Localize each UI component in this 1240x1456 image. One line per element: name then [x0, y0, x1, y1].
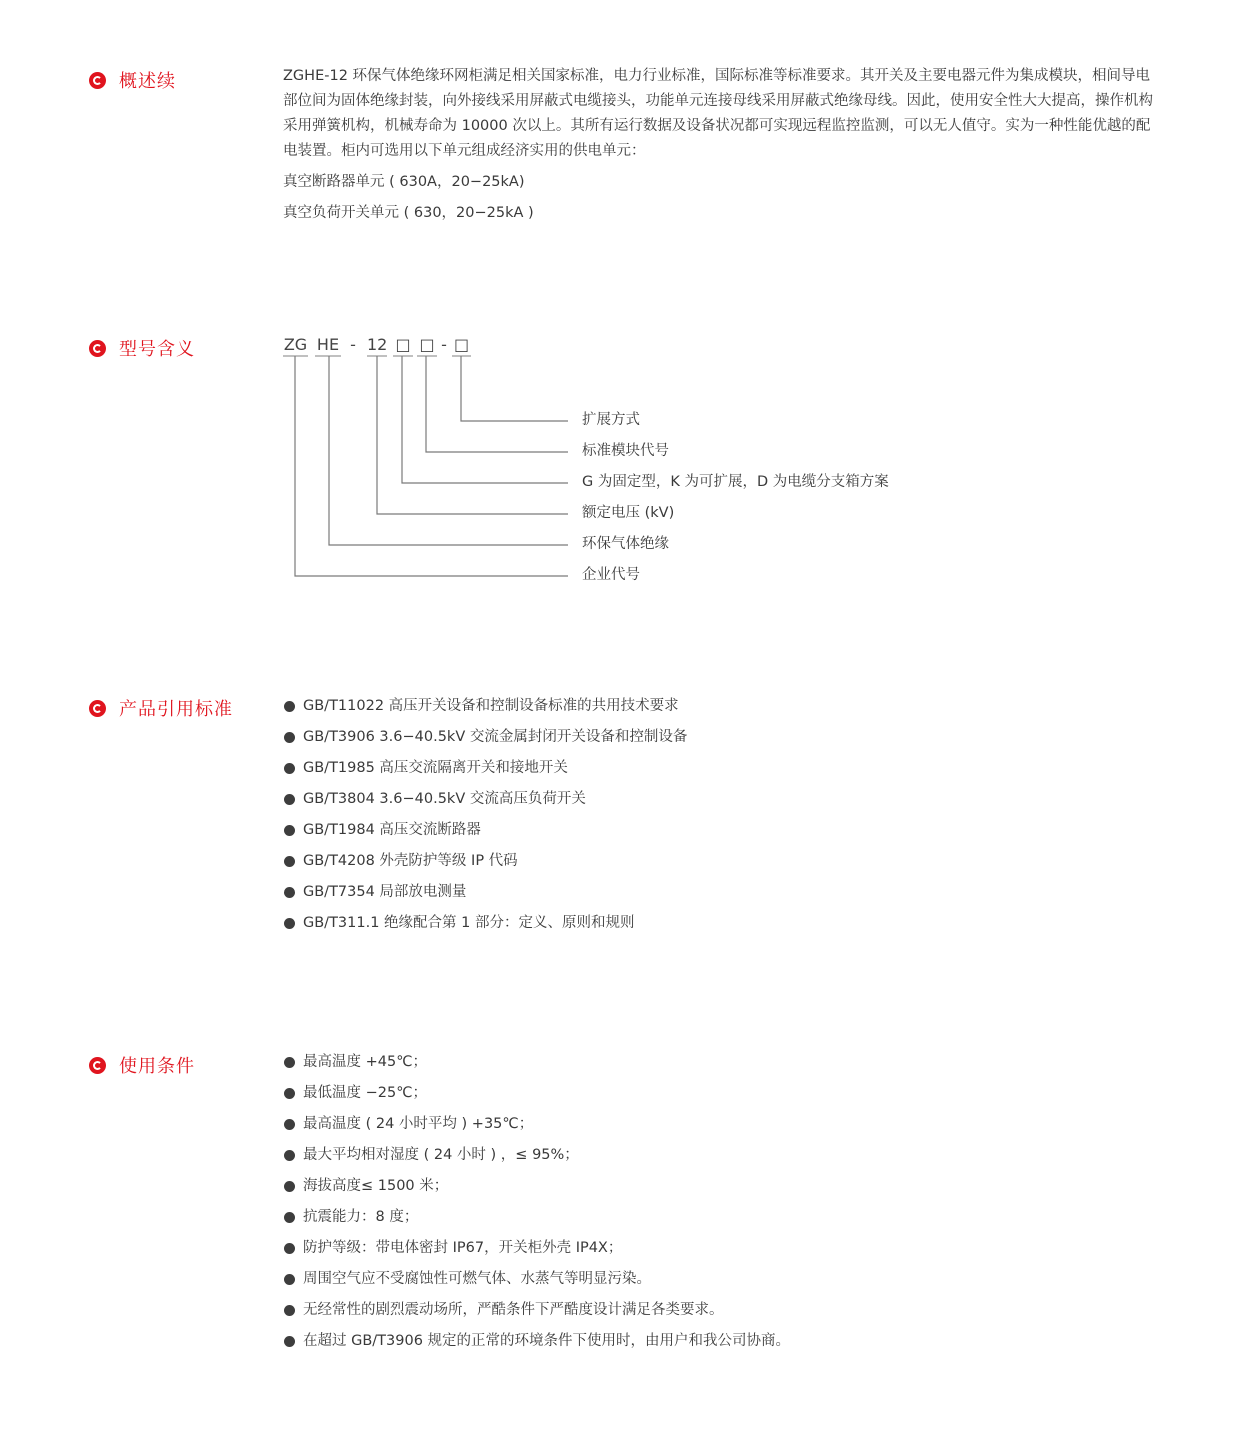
section-title: 概述续 — [119, 67, 176, 93]
list-item-text: 无经常性的剧烈震动场所，严酷条件下严酷度设计满足各类要求。 — [303, 1300, 724, 1320]
section-heading-conditions: 使用条件 — [89, 1052, 195, 1078]
list-item: 海拔高度≤ 1500 米； — [283, 1176, 790, 1207]
bullet-icon — [284, 763, 295, 774]
section-heading-standards: 产品引用标准 — [89, 695, 233, 721]
list-item: 在超过 GB/T3906 规定的正常的环境条件下使用时，由用户和我公司协商。 — [283, 1331, 790, 1362]
unit-item: 真空负荷开关单元 ( 630，20−25kA ) — [283, 203, 534, 223]
bullet-icon — [284, 701, 295, 712]
list-item: GB/T7354 局部放电测量 — [283, 882, 687, 913]
list-item-text: 最高温度 ( 24 小时平均 ) +35℃； — [303, 1114, 533, 1134]
list-item-text: GB/T1984 高压交流断路器 — [303, 820, 481, 840]
bullet-icon — [284, 1181, 295, 1192]
code-label-gas: 环保气体绝缘 — [582, 534, 669, 554]
list-item-text: GB/T1985 高压交流隔离开关和接地开关 — [303, 758, 568, 778]
bullet-icon — [284, 1212, 295, 1223]
list-item-text: GB/T3906 3.6−40.5kV 交流金属封闭开关设备和控制设备 — [303, 727, 687, 747]
list-item: GB/T11022 高压开关设备和控制设备标准的共用技术要求 — [283, 696, 687, 727]
section-heading-model-meaning: 型号含义 — [89, 335, 195, 361]
conditions-list: 最高温度 +45℃； 最低温度 −25℃； 最高温度 ( 24 小时平均 ) +… — [283, 1052, 790, 1362]
list-item: 防护等级：带电体密封 IP67，开关柜外壳 IP4X； — [283, 1238, 790, 1269]
section-title: 使用条件 — [119, 1052, 195, 1078]
standards-list: GB/T11022 高压开关设备和控制设备标准的共用技术要求 GB/T3906 … — [283, 696, 687, 944]
bullet-icon — [284, 1243, 295, 1254]
list-item-text: 在超过 GB/T3906 规定的正常的环境条件下使用时，由用户和我公司协商。 — [303, 1331, 790, 1351]
bullet-icon — [284, 825, 295, 836]
list-item-text: 最低温度 −25℃； — [303, 1083, 427, 1103]
code-part-voltage: 12 — [367, 335, 387, 355]
bullet-icon — [284, 1336, 295, 1347]
list-item-text: GB/T3804 3.6−40.5kV 交流高压负荷开关 — [303, 789, 586, 809]
list-item: 最低温度 −25℃； — [283, 1083, 790, 1114]
list-item: GB/T311.1 绝缘配合第 1 部分：定义、原则和规则 — [283, 913, 687, 944]
list-item-text: 周围空气应不受腐蚀性可燃气体、水蒸气等明显污染。 — [303, 1269, 651, 1289]
list-item-text: GB/T11022 高压开关设备和控制设备标准的共用技术要求 — [303, 696, 679, 716]
list-item: 抗震能力：8 度； — [283, 1207, 790, 1238]
bullet-icon — [284, 1057, 295, 1068]
list-item: 最高温度 +45℃； — [283, 1052, 790, 1083]
section-heading-overview: 概述续 — [89, 67, 176, 93]
list-item-text: 最高温度 +45℃； — [303, 1052, 427, 1072]
section-bullet-icon — [89, 340, 106, 357]
code-label-company: 企业代号 — [582, 565, 640, 585]
section-title: 型号含义 — [119, 335, 195, 361]
section-title: 产品引用标准 — [119, 695, 233, 721]
code-label-module: 标准模块代号 — [582, 441, 669, 461]
code-part-extension: □ — [452, 335, 471, 355]
code-part-dash: - — [438, 335, 450, 355]
list-item: 最大平均相对湿度 ( 24 小时 ) ，≤ 95%； — [283, 1145, 790, 1176]
bullet-icon — [284, 918, 295, 929]
bullet-icon — [284, 1119, 295, 1130]
section-bullet-icon — [89, 72, 106, 89]
list-item-text: GB/T311.1 绝缘配合第 1 部分：定义、原则和规则 — [303, 913, 635, 933]
code-part-gas: HE — [315, 335, 341, 355]
list-item: 最高温度 ( 24 小时平均 ) +35℃； — [283, 1114, 790, 1145]
code-part-type: □ — [393, 335, 413, 355]
bullet-icon — [284, 1150, 295, 1161]
code-label-voltage: 额定电压 (kV) — [582, 503, 674, 523]
bullet-icon — [284, 732, 295, 743]
list-item-text: 防护等级：带电体密封 IP67，开关柜外壳 IP4X； — [303, 1238, 622, 1258]
list-item: 无经常性的剧烈震动场所，严酷条件下严酷度设计满足各类要求。 — [283, 1300, 790, 1331]
unit-item: 真空断路器单元 ( 630A，20−25kA) — [283, 172, 525, 192]
list-item: GB/T1984 高压交流断路器 — [283, 820, 687, 851]
bullet-icon — [284, 1088, 295, 1099]
overview-paragraph: ZGHE-12 环保气体绝缘环网柜满足相关国家标准，电力行业标准，国际标准等标准… — [283, 64, 1163, 164]
bullet-icon — [284, 1274, 295, 1285]
list-item: GB/T3906 3.6−40.5kV 交流金属封闭开关设备和控制设备 — [283, 727, 687, 758]
code-part-dash: - — [347, 335, 359, 355]
code-part-module: □ — [417, 335, 437, 355]
list-item-text: GB/T4208 外壳防护等级 IP 代码 — [303, 851, 518, 871]
list-item-text: GB/T7354 局部放电测量 — [303, 882, 466, 902]
bullet-icon — [284, 794, 295, 805]
list-item-text: 海拔高度≤ 1500 米； — [303, 1176, 448, 1196]
list-item: GB/T4208 外壳防护等级 IP 代码 — [283, 851, 687, 882]
list-item: GB/T3804 3.6−40.5kV 交流高压负荷开关 — [283, 789, 687, 820]
section-bullet-icon — [89, 1057, 106, 1074]
list-item-text: 最大平均相对湿度 ( 24 小时 ) ，≤ 95%； — [303, 1145, 579, 1165]
bullet-icon — [284, 1305, 295, 1316]
list-item: 周围空气应不受腐蚀性可燃气体、水蒸气等明显污染。 — [283, 1269, 790, 1300]
list-item: GB/T1985 高压交流隔离开关和接地开关 — [283, 758, 687, 789]
code-label-extension: 扩展方式 — [582, 410, 640, 430]
list-item-text: 抗震能力：8 度； — [303, 1207, 418, 1227]
section-bullet-icon — [89, 700, 106, 717]
bullet-icon — [284, 887, 295, 898]
code-part-company: ZG — [283, 335, 308, 355]
bullet-icon — [284, 856, 295, 867]
code-label-type: G 为固定型，K 为可扩展，D 为电缆分支箱方案 — [582, 472, 889, 492]
